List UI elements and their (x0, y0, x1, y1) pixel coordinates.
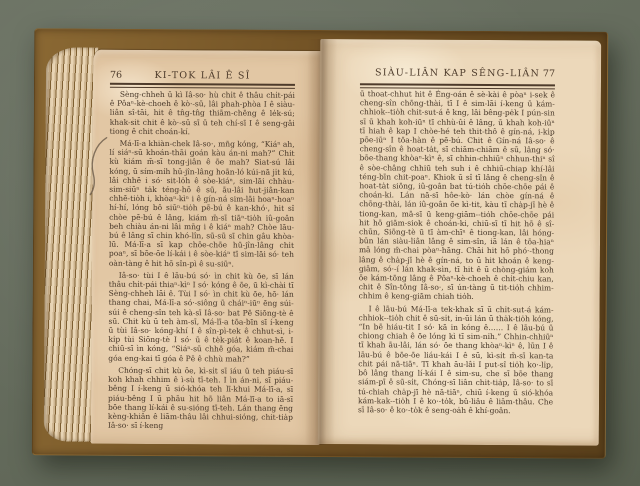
paragraph: Chóng-sī chit kù ōe, kì-si̍t sī iáu ū te… (108, 366, 293, 432)
page-number-left: 76 (110, 70, 122, 81)
running-title-right: SIÀU-LIÂN KAP SÊNG-LIÂN (375, 67, 540, 79)
photo-background: 76 KI-TOK LÂI Ê SÎ Sèng-chheh ū kì Iâ-so… (0, 0, 640, 486)
paragraph: I ê lāu-bú Má-lī-a tek-khak sī ū chi̍t-s… (358, 304, 554, 416)
paragraph: Iâ-so· tùi I ê lāu-bú só· ìn chit kù ōe,… (108, 271, 294, 364)
header-rule-left (110, 83, 295, 89)
page-edges-stack (44, 47, 98, 441)
running-head-left: 76 KI-TOK LÂI Ê SÎ (110, 70, 295, 83)
right-page: SIÀU-LIÂN KAP SÊNG-LIÂN 77 ū thoat-chhut… (318, 39, 601, 446)
right-page-text: ū thoat-chhut hit ê Éng-oán ê sè-kài ê p… (358, 89, 555, 418)
open-book: 76 KI-TOK LÂI Ê SÎ Sèng-chheh ū kì Iâ-so… (32, 28, 609, 458)
page-number-right: 77 (543, 68, 555, 79)
handwritten-margin-mark-icon (86, 136, 110, 198)
left-page: 76 KI-TOK LÂI Ê SÎ Sèng-chheh ū kì Iâ-so… (91, 50, 322, 445)
running-title-left: KI-TOK LÂI Ê SÎ (154, 70, 250, 82)
left-page-text: Sèng-chheh ū kì Iâ-so· hù chi̍t ê thâu c… (108, 90, 295, 434)
paragraph: Má-lī-a khiàn-chek Iâ-so·, mn̄g kóng, “K… (109, 139, 295, 269)
paragraph: ū thoat-chhut hit ê Éng-oán ê sè-kài ê p… (359, 89, 555, 302)
running-head-right: SIÀU-LIÂN KAP SÊNG-LIÂN 77 (360, 67, 555, 80)
paragraph: Sèng-chheh ū kì Iâ-so· hù chi̍t ê thâu c… (110, 90, 295, 137)
